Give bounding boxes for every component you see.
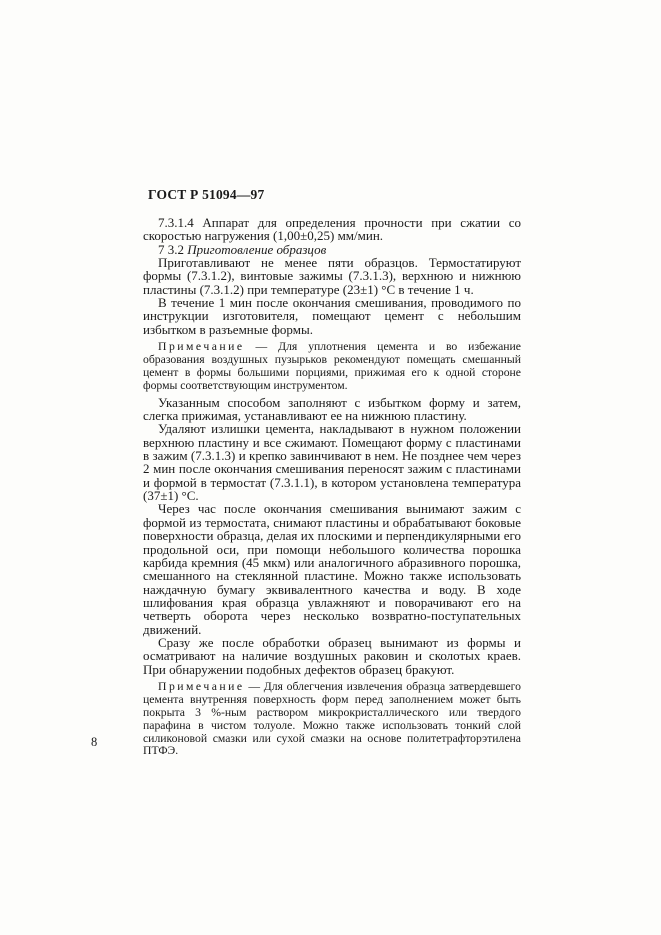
- document-page: ГОСТ Р 51094—97 7.3.1.4 Аппарат для опре…: [0, 0, 661, 935]
- note-label: Примечание: [158, 340, 245, 353]
- note-label: Примечание: [158, 680, 245, 693]
- section-heading: 7 3.2 Приготовление образцов: [143, 243, 521, 256]
- page-number: 8: [91, 736, 97, 749]
- note-block-compaction: Примечание — Для уплотнения цемента и во…: [143, 341, 521, 393]
- paragraph-grinding-surfaces: Через час после окончания смешивания вын…: [143, 502, 521, 635]
- paragraph-placing-on-plate: Указанным способом заполняют с избытком …: [143, 396, 521, 423]
- paragraph-filling-molds: В течение 1 мин после окончания смешиван…: [143, 296, 521, 336]
- standard-designation-header: ГОСТ Р 51094—97: [148, 188, 264, 202]
- paragraph-specimen-preparation: Приготавливают не менее пяти образцов. Т…: [143, 256, 521, 296]
- paragraph-apparatus: 7.3.1.4 Аппарат для определения прочност…: [143, 216, 521, 243]
- document-body: 7.3.1.4 Аппарат для определения прочност…: [143, 216, 521, 761]
- paragraph-inspection: Сразу же после обработки образец вынимаю…: [143, 636, 521, 676]
- paragraph-clamp-thermostat: Удаляют излишки цемента, накладывают в н…: [143, 422, 521, 502]
- note-block-mold-coating: Примечание — Для облегчения извлечения о…: [143, 681, 521, 758]
